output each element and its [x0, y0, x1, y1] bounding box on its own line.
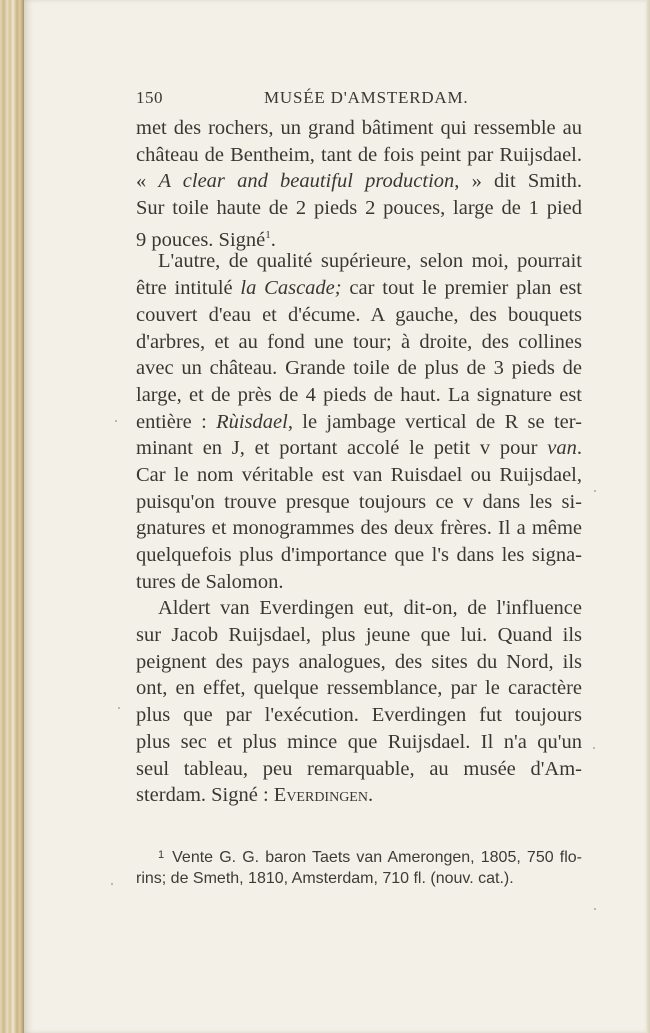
book-binding-edge: [0, 0, 24, 1033]
signature-italic: Rùisdael: [216, 411, 288, 433]
paper-speck: [118, 707, 120, 709]
text-line: sterdam. Signé : Everdingen.: [136, 782, 582, 809]
text-line: plus sec et plus mince que Ruijsdael. Il…: [136, 729, 582, 756]
footnote-mark: 1: [158, 849, 164, 861]
text-line: puisqu'on trouve presque toujours ce v d…: [136, 489, 582, 516]
paper-speck: [593, 747, 595, 749]
paper-speck: [594, 908, 596, 910]
text-line: gnatures et monogrammes des deux frères.…: [136, 515, 582, 542]
text-line: 9 pouces. Signé1.: [136, 222, 582, 249]
text-line: entière : Rùisdael, le jambage vertical …: [136, 409, 582, 436]
text-line: seul tableau, peu remarquable, au musée …: [136, 756, 582, 783]
text-line: « A clear and beautiful production, » di…: [136, 168, 582, 195]
text-line: quelquefois plus d'importance que l's da…: [136, 542, 582, 569]
footnote-line: rins; de Smeth, 1810, Amsterdam, 710 fl.…: [136, 867, 582, 891]
footnote-line: 1Vente G. G. baron Taets van Amerongen, …: [136, 843, 582, 867]
painting-title: la Cascade;: [240, 277, 341, 299]
page-number: 150: [136, 88, 163, 108]
signature-smallcaps: Everdingen: [274, 784, 368, 806]
text-line: Car le nom véritable est van Ruisdael ou…: [136, 462, 582, 489]
quote-italic: A clear and beautiful production: [158, 170, 454, 192]
text-line: met des rochers, un grand bâtiment qui r…: [136, 115, 582, 142]
paper-speck: [594, 490, 596, 492]
text-line: large, et de près de 4 pieds de haut. La…: [136, 382, 582, 409]
text-line: Sur toile haute de 2 pieds 2 pouces, lar…: [136, 195, 582, 222]
footnotes: 1Vente G. G. baron Taets van Amerongen, …: [136, 843, 582, 891]
text-line: minant en J, et portant accolé le petit …: [136, 435, 582, 462]
body-text: met des rochers, un grand bâtiment qui r…: [136, 115, 582, 809]
text-line: sur Jacob Ruijsdael, plus jeune que lui.…: [136, 622, 582, 649]
text-line: être intitulé la Cascade; car tout le pr…: [136, 275, 582, 302]
text-line: ont, en effet, quelque ressemblance, par…: [136, 675, 582, 702]
running-head: MUSÉE D'AMSTERDAM.: [264, 88, 468, 108]
paper-speck: [111, 883, 113, 885]
text-line: couvert d'eau et d'écume. A gauche, des …: [136, 302, 582, 329]
van-italic: van: [547, 437, 577, 459]
text-line: tures de Salomon.: [136, 569, 582, 596]
text-line: d'arbres, et au fond une tour; à droite,…: [136, 329, 582, 356]
paragraph-start: Aldert van Everdingen eut, dit-on, de l'…: [136, 595, 582, 622]
page-header: 150 MUSÉE D'AMSTERDAM.: [136, 88, 582, 112]
text-line: château de Bentheim, tant de fois peint …: [136, 142, 582, 169]
paper-speck: [115, 420, 117, 422]
text-line: peignent des pays analogues, des sites d…: [136, 649, 582, 676]
page-edge: [646, 0, 650, 1033]
text-line: plus que par l'exécution. Everdingen fut…: [136, 702, 582, 729]
text-line: avec un château. Grande toile de plus de…: [136, 355, 582, 382]
paragraph-start: L'autre, de qualité supérieure, selon mo…: [136, 248, 582, 275]
